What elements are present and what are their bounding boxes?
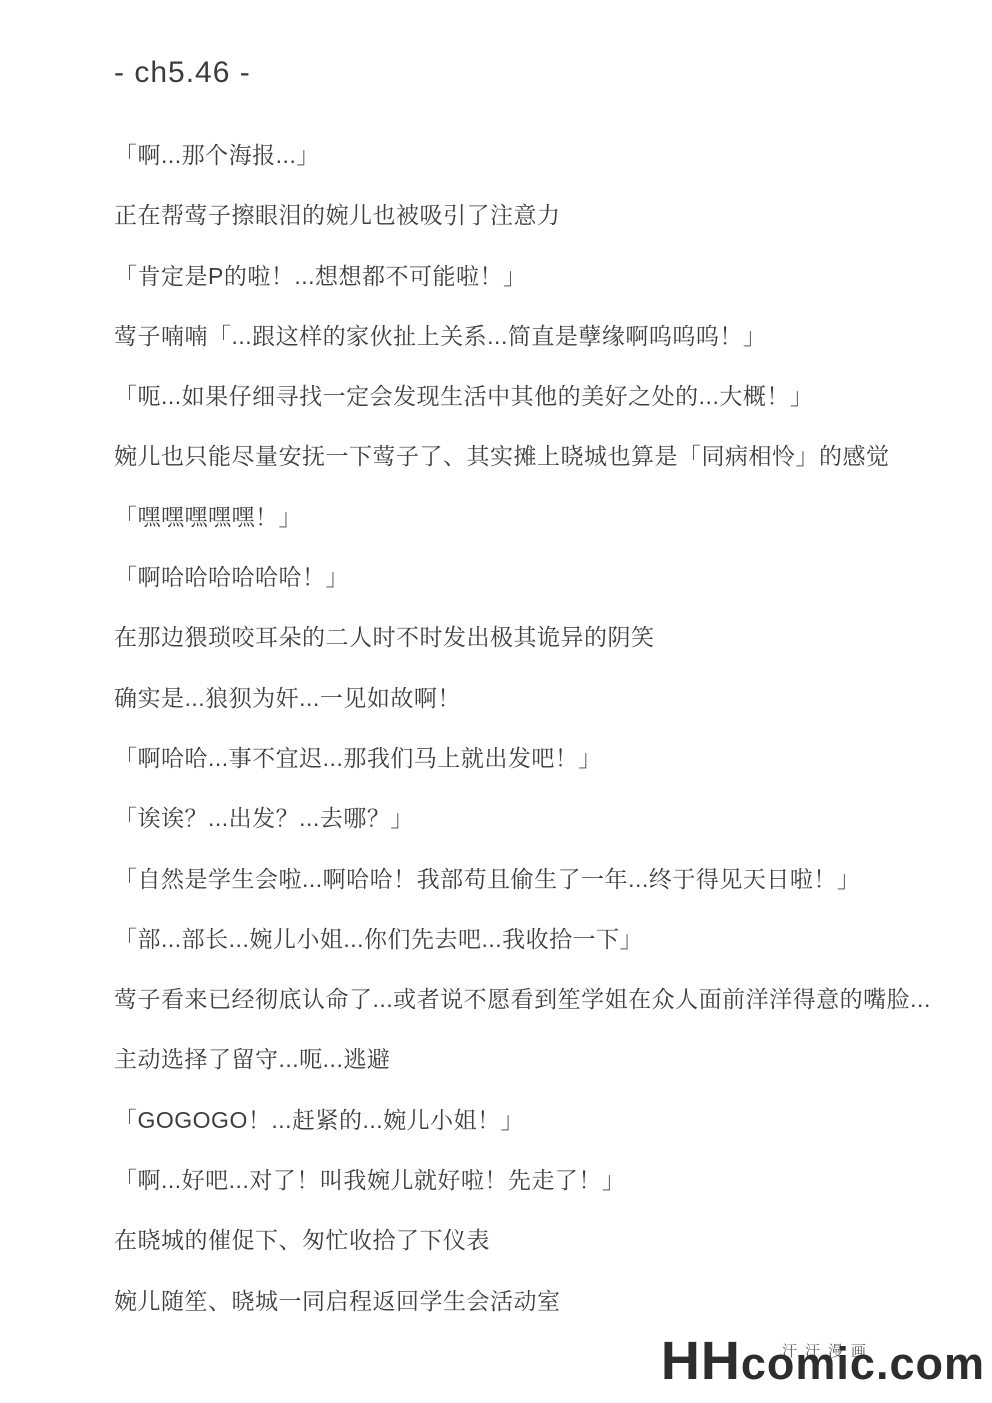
- story-line: 「自然是学生会啦...啊哈哈！我部苟且偷生了一年...终于得见天日啦！」: [114, 849, 982, 909]
- story-content: 「啊...那个海报...」 正在帮莺子擦眼泪的婉儿也被吸引了注意力 「肯定是P的…: [114, 125, 982, 1331]
- story-line: 「啊...那个海报...」: [114, 125, 982, 185]
- story-line: 「部...部长...婉儿小姐...你们先去吧...我收拾一下」: [114, 909, 982, 969]
- story-line: 「肯定是P的啦！...想想都不可能啦！」: [114, 246, 982, 306]
- story-line: 在那边猥琐咬耳朵的二人时不时发出极其诡异的阴笑: [114, 607, 982, 667]
- hhcomic-logo[interactable]: HH comic.com: [661, 1330, 985, 1392]
- story-line: 「嘿嘿嘿嘿嘿！」: [114, 487, 982, 547]
- reader-page: - ch5.46 - 「啊...那个海报...」 正在帮莺子擦眼泪的婉儿也被吸引…: [0, 0, 992, 1403]
- chapter-title: - ch5.46 -: [114, 56, 251, 90]
- story-line: 在晓城的催促下、匆忙收拾了下仪表: [114, 1210, 982, 1270]
- story-line: 莺子喃喃「...跟这样的家伙扯上关系...简直是孽缘啊呜呜呜！」: [114, 306, 982, 366]
- logo-domain-text: comic.com: [741, 1338, 985, 1390]
- story-line: 确实是...狼狈为奸...一见如故啊！: [114, 668, 982, 728]
- story-line: 「啊哈哈...事不宜迟...那我们马上就出发吧！」: [114, 728, 982, 788]
- story-line: 正在帮莺子擦眼泪的婉儿也被吸引了注意力: [114, 185, 982, 245]
- story-line: 「啊...好吧...对了！叫我婉儿就好啦！先走了！」: [114, 1150, 982, 1210]
- logo-hh-text: HH: [661, 1330, 741, 1392]
- story-line: 婉儿也只能尽量安抚一下莺子了、其实摊上晓城也算是「同病相怜」的感觉: [114, 426, 982, 486]
- story-line: 「呃...如果仔细寻找一定会发现生活中其他的美好之处的...大概！」: [114, 366, 982, 426]
- story-line: 主动选择了留守...呃...逃避: [114, 1029, 982, 1089]
- story-line: 莺子看来已经彻底认命了...或者说不愿看到笙学姐在众人面前洋洋得意的嘴脸...: [114, 969, 982, 1029]
- story-line: 「啊哈哈哈哈哈哈！」: [114, 547, 982, 607]
- story-line: 「GOGOGO！...赶紧的...婉儿小姐！」: [114, 1090, 982, 1150]
- story-line: 婉儿随笙、晓城一同启程返回学生会活动室: [114, 1271, 982, 1331]
- story-line: 「诶诶？...出发？...去哪？」: [114, 788, 982, 848]
